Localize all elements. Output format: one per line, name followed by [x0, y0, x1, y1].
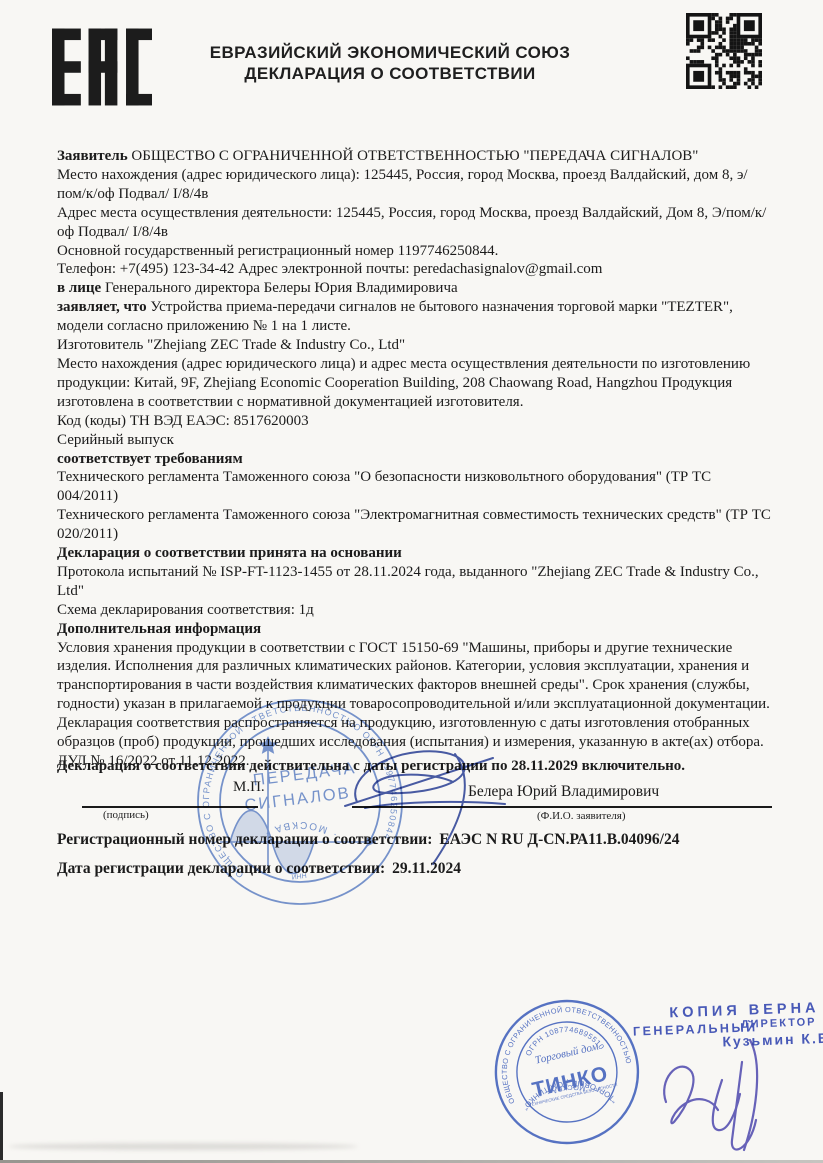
paragraph-applicant: Заявитель ОБЩЕСТВО С ОГРАНИЧЕННОЙ ОТВЕТС… — [57, 147, 773, 166]
paragraph-additional-info-heading: Дополнительная информация — [57, 620, 773, 639]
paragraph-declaration-basis: Декларация о соответствии принята на осн… — [57, 544, 773, 563]
paragraph-represented-by: в лице Генерального директора Белеры Юри… — [57, 279, 773, 298]
paragraph-ogrn: Основной государственный регистрационный… — [57, 242, 773, 261]
title-declaration: ДЕКЛАРАЦИЯ О СООТВЕТСТВИИ — [140, 63, 640, 84]
paragraph-tr-ts-020: Технического регламента Таможенного союз… — [57, 506, 773, 544]
paragraph-tr-ts-004: Технического регламента Таможенного союз… — [57, 468, 773, 506]
stamp-moscow-text: · МОСКВА · — [261, 819, 340, 840]
paragraph-activity-address: Адрес места осуществления деятельности: … — [57, 204, 773, 242]
signature-caption: (подпись) — [103, 809, 149, 821]
fio-caption: (Ф.И.О. заявителя) — [537, 810, 626, 822]
paragraph-declares: заявляет, что Устройства приема-передачи… — [57, 298, 773, 336]
paragraph-tnved-code: Код (коды) ТН ВЭД ЕАЭС: 8517620003 — [57, 412, 773, 431]
paragraph-declaration-scheme: Схема декларирования соответствия: 1д — [57, 601, 773, 620]
paragraph-serial-production: Серийный выпуск — [57, 431, 773, 450]
scan-smudge-artifact — [8, 1143, 358, 1150]
eac-logo — [52, 27, 152, 107]
document-title: ЕВРАЗИЙСКИЙ ЭКОНОМИЧЕСКИЙ СОЮЗ ДЕКЛАРАЦИ… — [140, 42, 640, 84]
director-signature — [638, 1032, 798, 1163]
tinko-script-text: Торговый дом — [534, 1040, 600, 1066]
paragraph-test-protocol: Протокола испытаний № ISP-FT-1123-1455 о… — [57, 563, 773, 601]
declaration-body: Заявитель ОБЩЕСТВО С ОГРАНИЧЕННОЙ ОТВЕТС… — [57, 147, 773, 771]
paragraph-meets-requirements: соответствует требованиям — [57, 450, 773, 469]
title-union: ЕВРАЗИЙСКИЙ ЭКОНОМИЧЕСКИЙ СОЮЗ — [140, 42, 640, 63]
paragraph-legal-address: Место нахождения (адрес юридического лиц… — [57, 166, 773, 204]
qr-code — [686, 13, 762, 89]
applicant-signature — [335, 742, 545, 872]
paragraph-manufacturer: Изготовитель "Zhejiang ZEC Trade & Indus… — [57, 336, 773, 355]
director-text: ДИРЕКТОР — [741, 1016, 817, 1031]
paragraph-manufacturer-address: Место нахождения (адрес юридического лиц… — [57, 355, 773, 412]
declaration-document: ЕВРАЗИЙСКИЙ ЭКОНОМИЧЕСКИЙ СОЮЗ ДЕКЛАРАЦИ… — [0, 0, 823, 1163]
scan-edge-artifact — [0, 1092, 3, 1163]
paragraph-phone-email: Телефон: +7(495) 123-34-42 Адрес электро… — [57, 260, 773, 279]
